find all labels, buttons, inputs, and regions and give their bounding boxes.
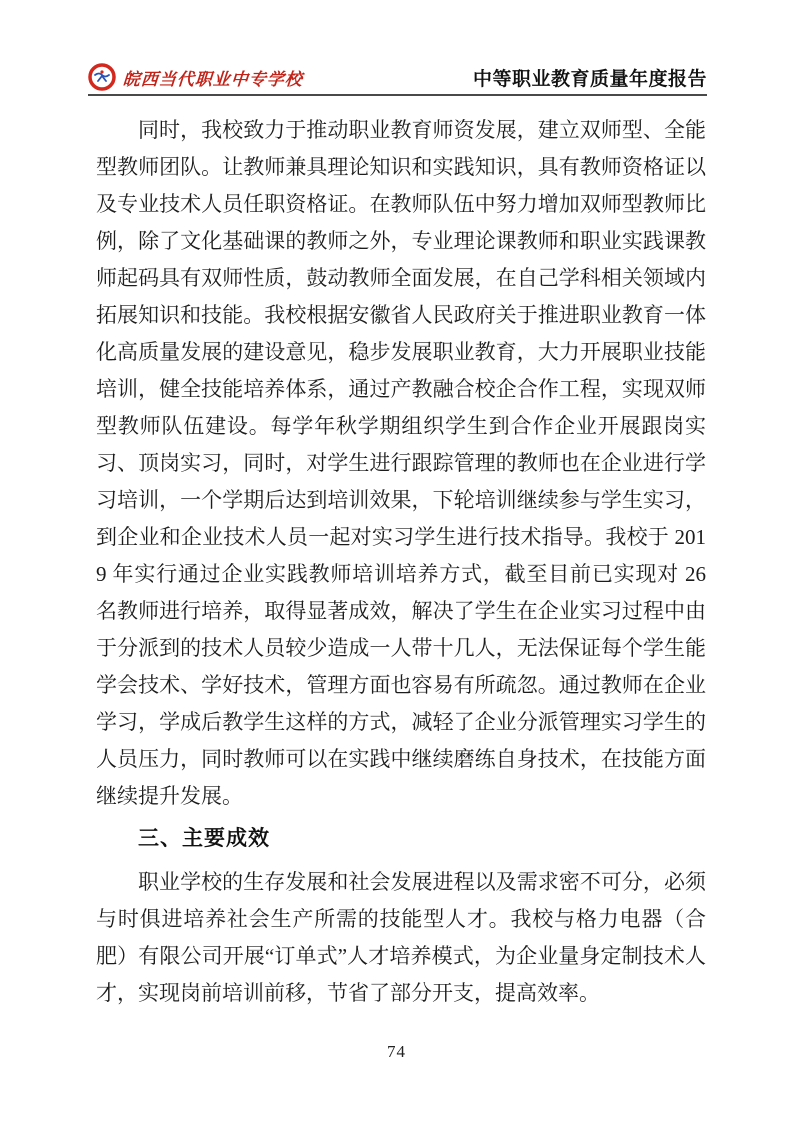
report-title: 中等职业教育质量年度报告: [473, 64, 707, 91]
page-footer: 74: [0, 1042, 793, 1062]
school-emblem-icon: [88, 63, 116, 91]
paragraph-school-enterprise-cooperation: 职业学校的生存发展和社会发展进程以及需求密不可分，必须与时俱进培养社会生产所需的…: [96, 864, 706, 1012]
school-name: 皖西当代职业中专学校: [122, 65, 304, 90]
section-heading-main-results: 三、主要成效: [96, 820, 706, 857]
page-number: 74: [387, 1042, 406, 1061]
document-page: 皖西当代职业中专学校 中等职业教育质量年度报告 同时，我校致力于推动职业教育师资…: [0, 0, 793, 1122]
paragraph-teacher-development: 同时，我校致力于推动职业教育师资发展，建立双师型、全能型教师团队。让教师兼具理论…: [96, 112, 706, 815]
school-logo-group: 皖西当代职业中专学校: [88, 63, 303, 91]
page-header: 皖西当代职业中专学校 中等职业教育质量年度报告: [88, 58, 707, 96]
document-body: 同时，我校致力于推动职业教育师资发展，建立双师型、全能型教师团队。让教师兼具理论…: [96, 112, 706, 1012]
